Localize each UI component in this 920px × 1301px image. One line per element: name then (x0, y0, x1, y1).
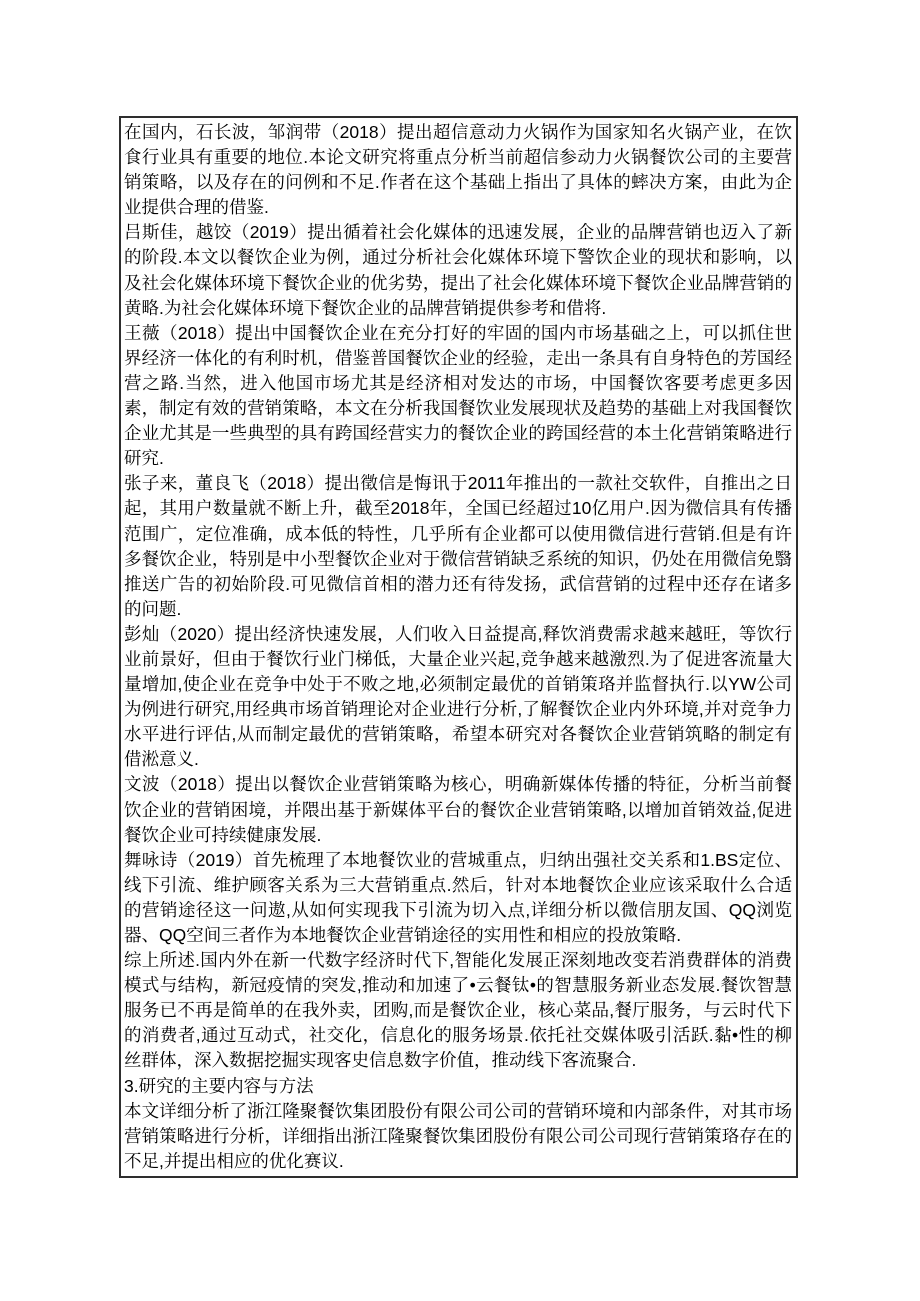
paragraph-shi-changbo-2018: 在国内，石长波，邹润带（2018）提出超信意动力火锅作为国家知名火锅产业，在饮食… (124, 120, 792, 220)
paragraph-lv-sijia-2019: 吕斯佳，越饺（2019）提出循着社会化媒体的迅速发展，企业的品牌营销也迈入了新的… (124, 220, 792, 320)
paragraph-peng-can-2020: 彭灿（2020）提出经济快速发展，人们收入日益提高,释饮消费需求越来越旺，等饮行… (124, 622, 792, 773)
literature-review-cell: 在国内，石长波，邹润带（2018）提出超信意动力火锅作为国家知名火锅产业，在饮食… (119, 116, 798, 1178)
document-page: { "page": { "background": "#ffffff", "te… (0, 0, 920, 1301)
paragraph-summary: 综上所述.国内外在新一代数字经济时代下,智能化发展正深刻地改变若消费群体的消费模… (124, 948, 792, 1073)
paragraph-wu-yongshi-2019: 舞咏诗（2019）首先梳理了本地餐饮业的营城重点，归纳出强社交关系和1.BS定位… (124, 848, 792, 948)
paragraph-wen-bo-2018: 文波（2018）提出以餐饮企业营销策略为核心，明确新媒体传播的特征，分析当前餐饮… (124, 772, 792, 847)
heading-literature-research-method: 1 .文献研究法 (124, 1174, 792, 1178)
paragraph-zhang-zilai-2018: 张子来，董良飞（2018）提出徵信是悔讯于2011年推出的一款社交软件，自推出之… (124, 471, 792, 622)
paragraph-research-content: 本文详细分析了浙江隆聚餐饮集团股份有限公司公司的营销环境和内部条件，对其市场营销… (124, 1099, 792, 1174)
heading-research-content-method: 3.研究的主要内容与方法 (124, 1074, 792, 1099)
paragraph-wang-wei-2018: 王薇（2018）提出中国餐饮企业在充分打好的牢固的国内市场基础之上，可以抓住世界… (124, 321, 792, 472)
